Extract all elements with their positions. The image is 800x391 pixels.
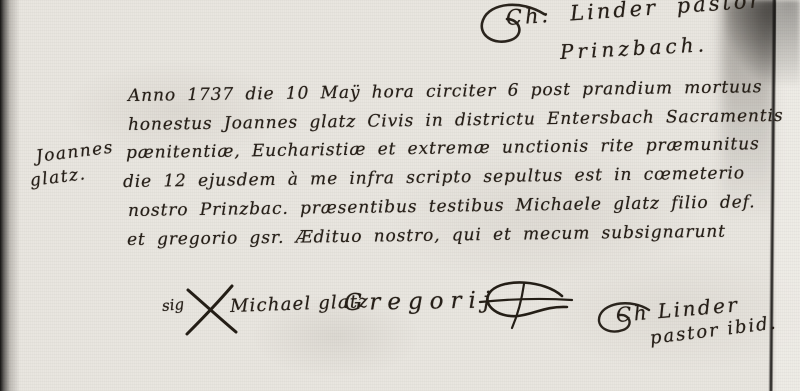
scanned-register-page: Ch: Linder pastor Prinzbach. Joannes gla… [0,0,800,391]
record-line: et gregorio gsr. Ædituo nostro, qui et m… [127,222,726,250]
record-line: pænitentiæ, Eucharistiæ et extremæ uncti… [126,134,760,163]
record-line: die 12 ejusdem à me infra scripto sepult… [123,163,745,192]
margin-name-line1: Joannes [35,138,115,167]
record-line: nostro Prinzbac. præsentibus testibus Mi… [128,192,756,221]
binding-edge-shadow [0,0,20,391]
record-line: honestus Joannes glatz Civis in district… [128,106,784,135]
record-line: Anno 1737 die 10 Maÿ hora circiter 6 pos… [128,77,763,106]
margin-name-line2: glatz. [29,164,88,191]
adjacent-page-sliver [776,0,800,391]
witness2-name: Gregorij [344,287,497,316]
header-parish-name: Prinzbach. [559,32,708,64]
sig-abbreviation: sig [161,295,185,315]
